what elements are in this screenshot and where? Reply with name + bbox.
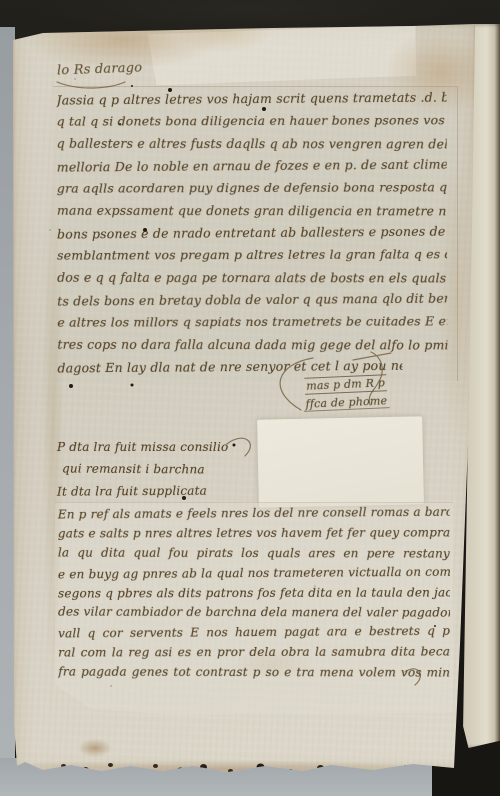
book-support-left <box>0 27 15 796</box>
ink-flourishes <box>13 24 475 776</box>
letter2-end-flourish <box>405 669 420 685</box>
signature-cross-stroke <box>353 353 391 360</box>
manuscript-page: lo Rs darago Jassia q p altres letres vo… <box>13 24 475 776</box>
signature-left-paren-flourish <box>280 358 313 410</box>
manuscript-photo: lo Rs darago Jassia q p altres letres vo… <box>0 0 500 796</box>
signature-descender-flourish <box>369 352 382 405</box>
note-tail-flourish <box>227 438 250 456</box>
heading-underline-flourish <box>57 82 125 88</box>
